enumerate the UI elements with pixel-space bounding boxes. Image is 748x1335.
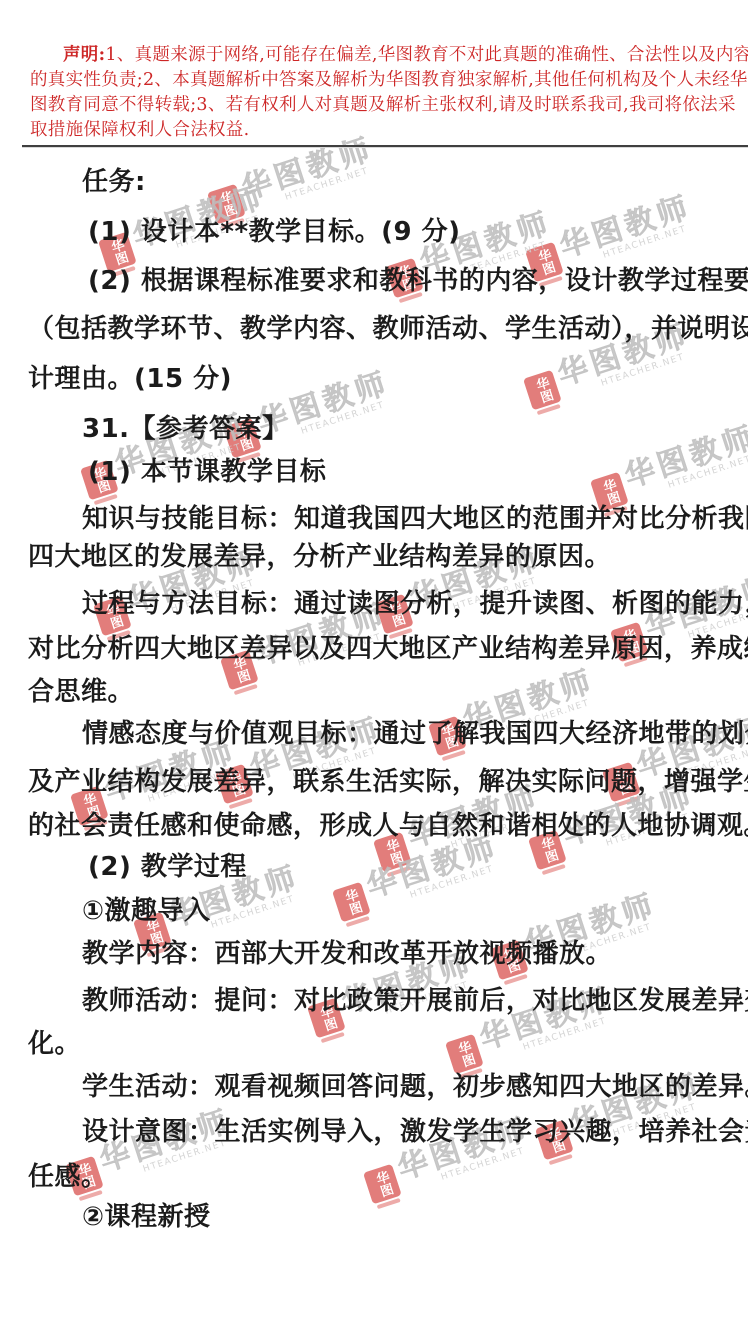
watermark-en-text: HTEACHER.NET [440, 1143, 536, 1183]
body-line-student-activity: 学生活动：观看视频回答问题，初步感知四大地区的差异。 [82, 1073, 748, 1101]
body-line-teaching-content: 教学内容：西部大开发和改革开放视频播放。 [82, 940, 612, 968]
watermark-logo-wrap: 华图 [523, 370, 564, 416]
watermark-en-text: HTEACHER.NET [300, 397, 396, 437]
watermark-text-column: 华图教师 HTEACHER.NET [363, 832, 505, 913]
watermark-en-text: HTEACHER.NET [602, 221, 698, 261]
watermark-en-text: HTEACHER.NET [210, 891, 306, 931]
body-line-process-cont: 对比分析四大地区差异以及四大地区产业结构差异原因，养成综 [28, 635, 748, 663]
watermark-cn-text: 华图教师 [621, 422, 748, 494]
body-line-step1-heading: ①激趣导入 [82, 897, 211, 925]
body-line-knowledge-cont: 四大地区的发展差异，分析产业结构差异的原因。 [28, 543, 611, 571]
body-line-step2-heading: ②课程新授 [82, 1203, 211, 1231]
document-page: 华图 华图教师 HTEACHER.NET 华图 华图教师 HTEACHER.NE… [0, 0, 748, 1335]
watermark-text-column: 华图教师 HTEACHER.NET [621, 422, 748, 503]
body-line-design-cont: 任感。 [28, 1163, 108, 1191]
disclaimer-line: 图教育同意不得转载;3、若有权利人对真题及解析主张权利,请及时联系我司,我司将依… [30, 93, 720, 117]
watermark-en-text: HTEACHER.NET [284, 163, 380, 203]
body-line-objectives-heading: (1) 本节课教学目标 [88, 458, 326, 486]
huatu-seal-logo-icon: 华图 [523, 370, 562, 411]
body-line-task-heading: 任务: [82, 168, 146, 196]
logo-caption-strip [542, 864, 566, 875]
body-line-knowledge-objective: 知识与技能目标：知道我国四大地区的范围并对比分析我国 [82, 505, 748, 533]
logo-caption-strip [229, 798, 253, 809]
disclaimer-line: 取措施保障权利人合法权益. [30, 118, 720, 142]
logo-caption-strip [346, 916, 370, 927]
disclaimer-label: 声明: [63, 45, 105, 65]
logo-caption-strip [537, 404, 561, 415]
disclaimer-line: 的真实性负责;2、本真题解析中答案及解析为华图教育独家解析,其他任何机构及个人未… [30, 68, 720, 92]
logo-caption-strip [442, 750, 466, 761]
disclaimer-text: 1、真题来源于网络,可能存在偏差,华图教育不对此真题的准确性、合法性以及内容 [105, 45, 748, 65]
body-line-teacher-activity: 教师活动：提问：对比政策开展前后，对比地区发展差异变 [82, 987, 748, 1015]
logo-caption-strip [321, 1032, 345, 1043]
body-line-process-objective: 过程与方法目标：通过读图分析，提升读图、析图的能力， [82, 590, 748, 618]
logo-caption-strip [234, 684, 258, 695]
logo-caption-strip [387, 866, 411, 877]
watermark: 华图 华图教师 HTEACHER.NET [332, 838, 507, 928]
logo-caption-strip [616, 796, 640, 807]
watermark-logo-wrap: 华图 [363, 1164, 404, 1210]
body-line-emotion-objective: 情感态度与价值观目标：通过了解我国四大经济地带的划分 [82, 720, 748, 748]
watermark-en-text: HTEACHER.NET [409, 861, 505, 901]
disclaimer-line: 声明:1、真题来源于网络,可能存在偏差,华图教育不对此真题的准确性、合法性以及内… [30, 43, 720, 67]
body-line-process-cont: 合思维。 [28, 678, 134, 706]
watermark-text-column: 华图教师 HTEACHER.NET [556, 192, 698, 273]
logo-caption-strip [504, 974, 528, 985]
body-line-emotion-cont: 及产业结构发展差异，联系生活实际，解决实际问题，增强学生 [28, 768, 748, 796]
huatu-seal-logo-icon: 华图 [445, 1034, 484, 1075]
body-line-task-2-cont: （包括教学环节、教学内容、教师活动、学生活动），并说明设 [28, 315, 748, 343]
logo-caption-strip [377, 1198, 401, 1209]
body-line-task-1: (1) 设计本**教学目标。(9 分) [88, 218, 461, 246]
huatu-seal-logo-icon: 华图 [332, 882, 371, 923]
body-line-task-2-cont: 计理由。(15 分) [28, 365, 232, 393]
body-line-answer-heading: 31.【参考答案】 [82, 415, 289, 443]
watermark-en-text: HTEACHER.NET [522, 1013, 618, 1053]
body-line-task-2: (2) 根据课程标准要求和教科书的内容，设计教学过程要点 [88, 267, 748, 295]
watermark-cn-text: 华图教师 [556, 192, 695, 264]
body-line-process-heading: (2) 教学过程 [88, 853, 247, 881]
section-divider [22, 145, 748, 147]
watermark-en-text: HTEACHER.NET [667, 451, 748, 491]
watermark-logo-wrap: 华图 [332, 882, 373, 928]
huatu-seal-logo-icon: 华图 [363, 1164, 402, 1205]
watermark-cn-text: 华图教师 [363, 832, 502, 904]
watermark-en-text: HTEACHER.NET [600, 349, 696, 389]
body-line-teacher-cont: 化。 [28, 1030, 81, 1058]
body-line-emotion-cont: 的社会责任感和使命感，形成人与自然和谐相处的人地协调观。 [28, 812, 748, 840]
body-line-design-intent: 设计意图：生活实例导入，激发学生学习兴趣，培养社会责 [82, 1118, 748, 1146]
logo-caption-strip [549, 1154, 573, 1165]
